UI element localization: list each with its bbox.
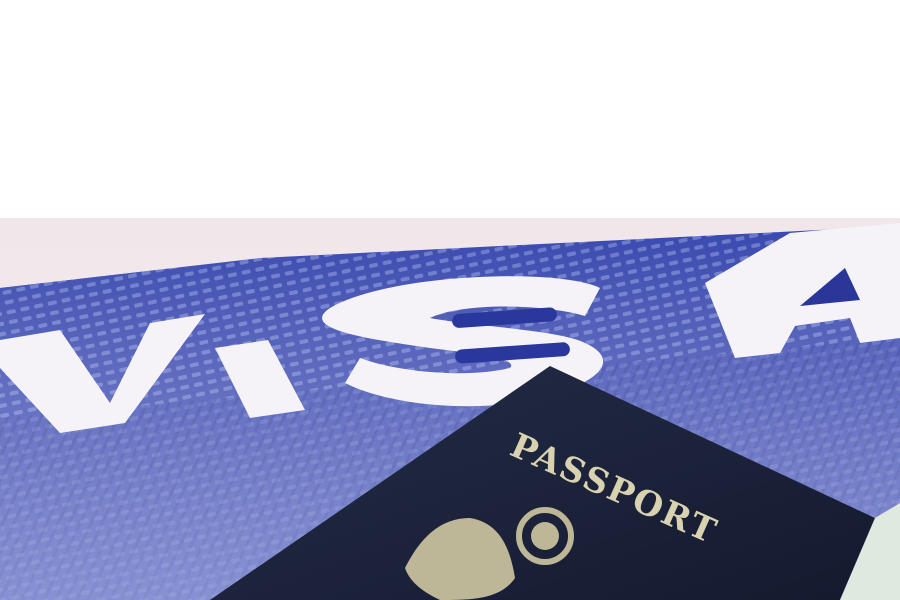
visa-passport-photo: PASSPORT xyxy=(0,218,900,600)
photo-illustration: PASSPORT xyxy=(0,218,900,600)
blank-white-area xyxy=(0,0,900,218)
